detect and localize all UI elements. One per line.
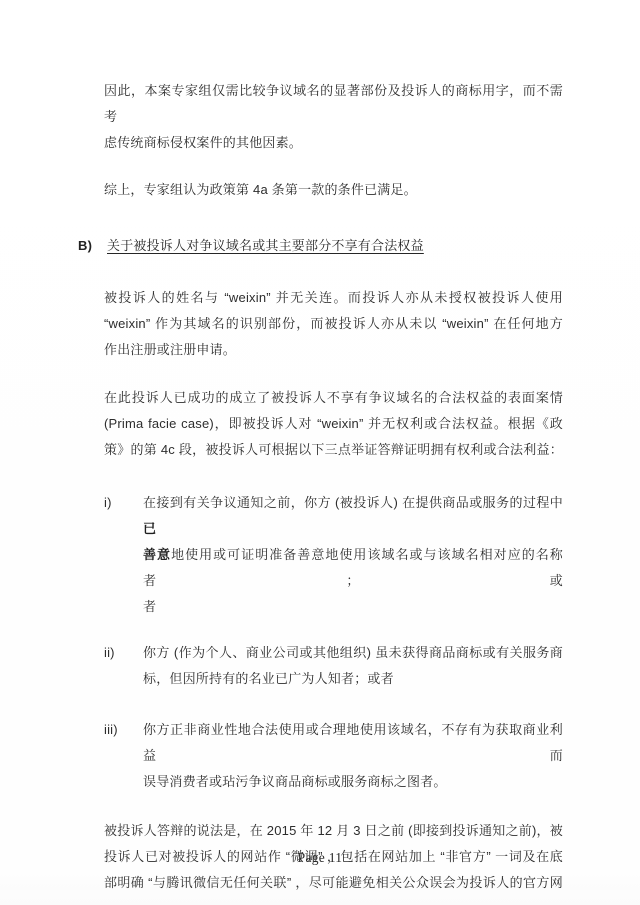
section-b-heading: B) 关于被投诉人对争议域名或其主要部分不享有合法权益 [78, 233, 563, 259]
document-page: 因此，本案专家组仅需比较争议域名的显著部份及投诉人的商标用字，而不需考 虑传统商… [0, 0, 640, 905]
list-item-iii-body: 你方正非商业性地合法使用或合理地使用该域名，不存有为获取商业利益而 误导消费者或… [143, 717, 563, 795]
document-content: 因此，本案专家组仅需比较争议域名的显著部份及投诉人的商标用字，而不需考 虑传统商… [104, 78, 563, 896]
list-item-iii-marker: iii) [104, 717, 143, 795]
list-item-i: i) 在接到有关争议通知之前，你方 (被投诉人) 在提供商品或服务的过程中已 善… [104, 490, 563, 620]
text-line: 综上，专家组认为政策第 4a 条第一款的条件已满足。 [104, 177, 563, 203]
list-item-i-body: 在接到有关争议通知之前，你方 (被投诉人) 在提供商品或服务的过程中已 善意地使… [143, 490, 563, 620]
paragraph-respondent-name: 被投诉人的姓名与 “weixin” 并无关连。而投诉人亦从未授权被投诉人使用 “… [104, 285, 563, 363]
page-number: Page 11 [0, 848, 640, 868]
paragraph-policy-4a-satisfied: 综上，专家组认为政策第 4a 条第一款的条件已满足。 [104, 177, 563, 203]
text-line: 善意地使用或可证明准备善意地使用该域名或与该域名相对应的名称者；或 [143, 542, 563, 594]
text-line: 你方正非商业性地合法使用或合理地使用该域名，不存有为获取商业利益而 [143, 717, 563, 769]
text-line: 因此，本案专家组仅需比较争议域名的显著部份及投诉人的商标用字，而不需考 [104, 78, 563, 130]
paragraph-prima-facie: 在此投诉人已成功的成立了被投诉人不享有争议域名的合法权益的表面案情 (Prima… [104, 385, 563, 463]
list-item-ii: ii) 你方 (作为个人、商业公司或其他组织) 虽未获得商品商标或有关服务商 标… [104, 640, 563, 692]
text-line: 策》的第 4c 段，被投诉人可根据以下三点举证答辩证明拥有权利或合法利益： [104, 437, 563, 463]
text-line: 你方 (作为个人、商业公司或其他组织) 虽未获得商品商标或有关服务商 [143, 640, 563, 666]
text-segment: 在接到有关争议通知之前，你方 (被投诉人) 在提供商品或服务的过程中 [143, 495, 563, 510]
section-b-title: 关于被投诉人对争议域名或其主要部分不享有合法权益 [107, 233, 424, 259]
text-line: 在接到有关争议通知之前，你方 (被投诉人) 在提供商品或服务的过程中已 [143, 490, 563, 542]
paragraph-conclusion-comparison: 因此，本案专家组仅需比较争议域名的显著部份及投诉人的商标用字，而不需考 虑传统商… [104, 78, 563, 156]
text-line: “weixin” 作为其域名的识别部份，而被投诉人亦从未以 “weixin” 在… [104, 311, 563, 337]
list-item-ii-body: 你方 (作为个人、商业公司或其他组织) 虽未获得商品商标或有关服务商 标，但因所… [143, 640, 563, 692]
text-line: 者 [143, 594, 563, 620]
bold-text-segment: 善意 [143, 547, 171, 562]
bold-text-segment: 已 [143, 521, 156, 536]
text-line: 标，但因所持有的名业已广为人知者；或者 [143, 666, 563, 692]
text-line: 被投诉人的姓名与 “weixin” 并无关连。而投诉人亦从未授权被投诉人使用 [104, 285, 563, 311]
list-item-i-marker: i) [104, 490, 143, 620]
text-segment: 地使用或可证明准备善意地使用该域名或与该域名相对应的名称者；或 [143, 547, 563, 588]
text-line: 在此投诉人已成功的成立了被投诉人不享有争议域名的合法权益的表面案情 [104, 385, 563, 411]
list-item-ii-marker: ii) [104, 640, 143, 692]
text-line: (Prima facie case)，即被投诉人对 “weixin” 并无权利或… [104, 411, 563, 437]
text-line: 部明确 “与腾讯微信无任何关联” ，尽可能避免相关公众误会为投诉人的官方网 [104, 870, 563, 896]
section-b-marker: B) [78, 233, 107, 259]
text-line: 作出注册或注册申请。 [104, 337, 563, 363]
text-line: 误导消费者或玷污争议商品商标或服务商标之图者。 [143, 769, 563, 795]
text-line: 虑传统商标侵权案件的其他因素。 [104, 130, 563, 156]
text-line: 被投诉人答辩的说法是，在 2015 年 12 月 3 日之前 (即接到投诉通知之… [104, 818, 563, 844]
list-item-iii: iii) 你方正非商业性地合法使用或合理地使用该域名，不存有为获取商业利益而 误… [104, 717, 563, 795]
